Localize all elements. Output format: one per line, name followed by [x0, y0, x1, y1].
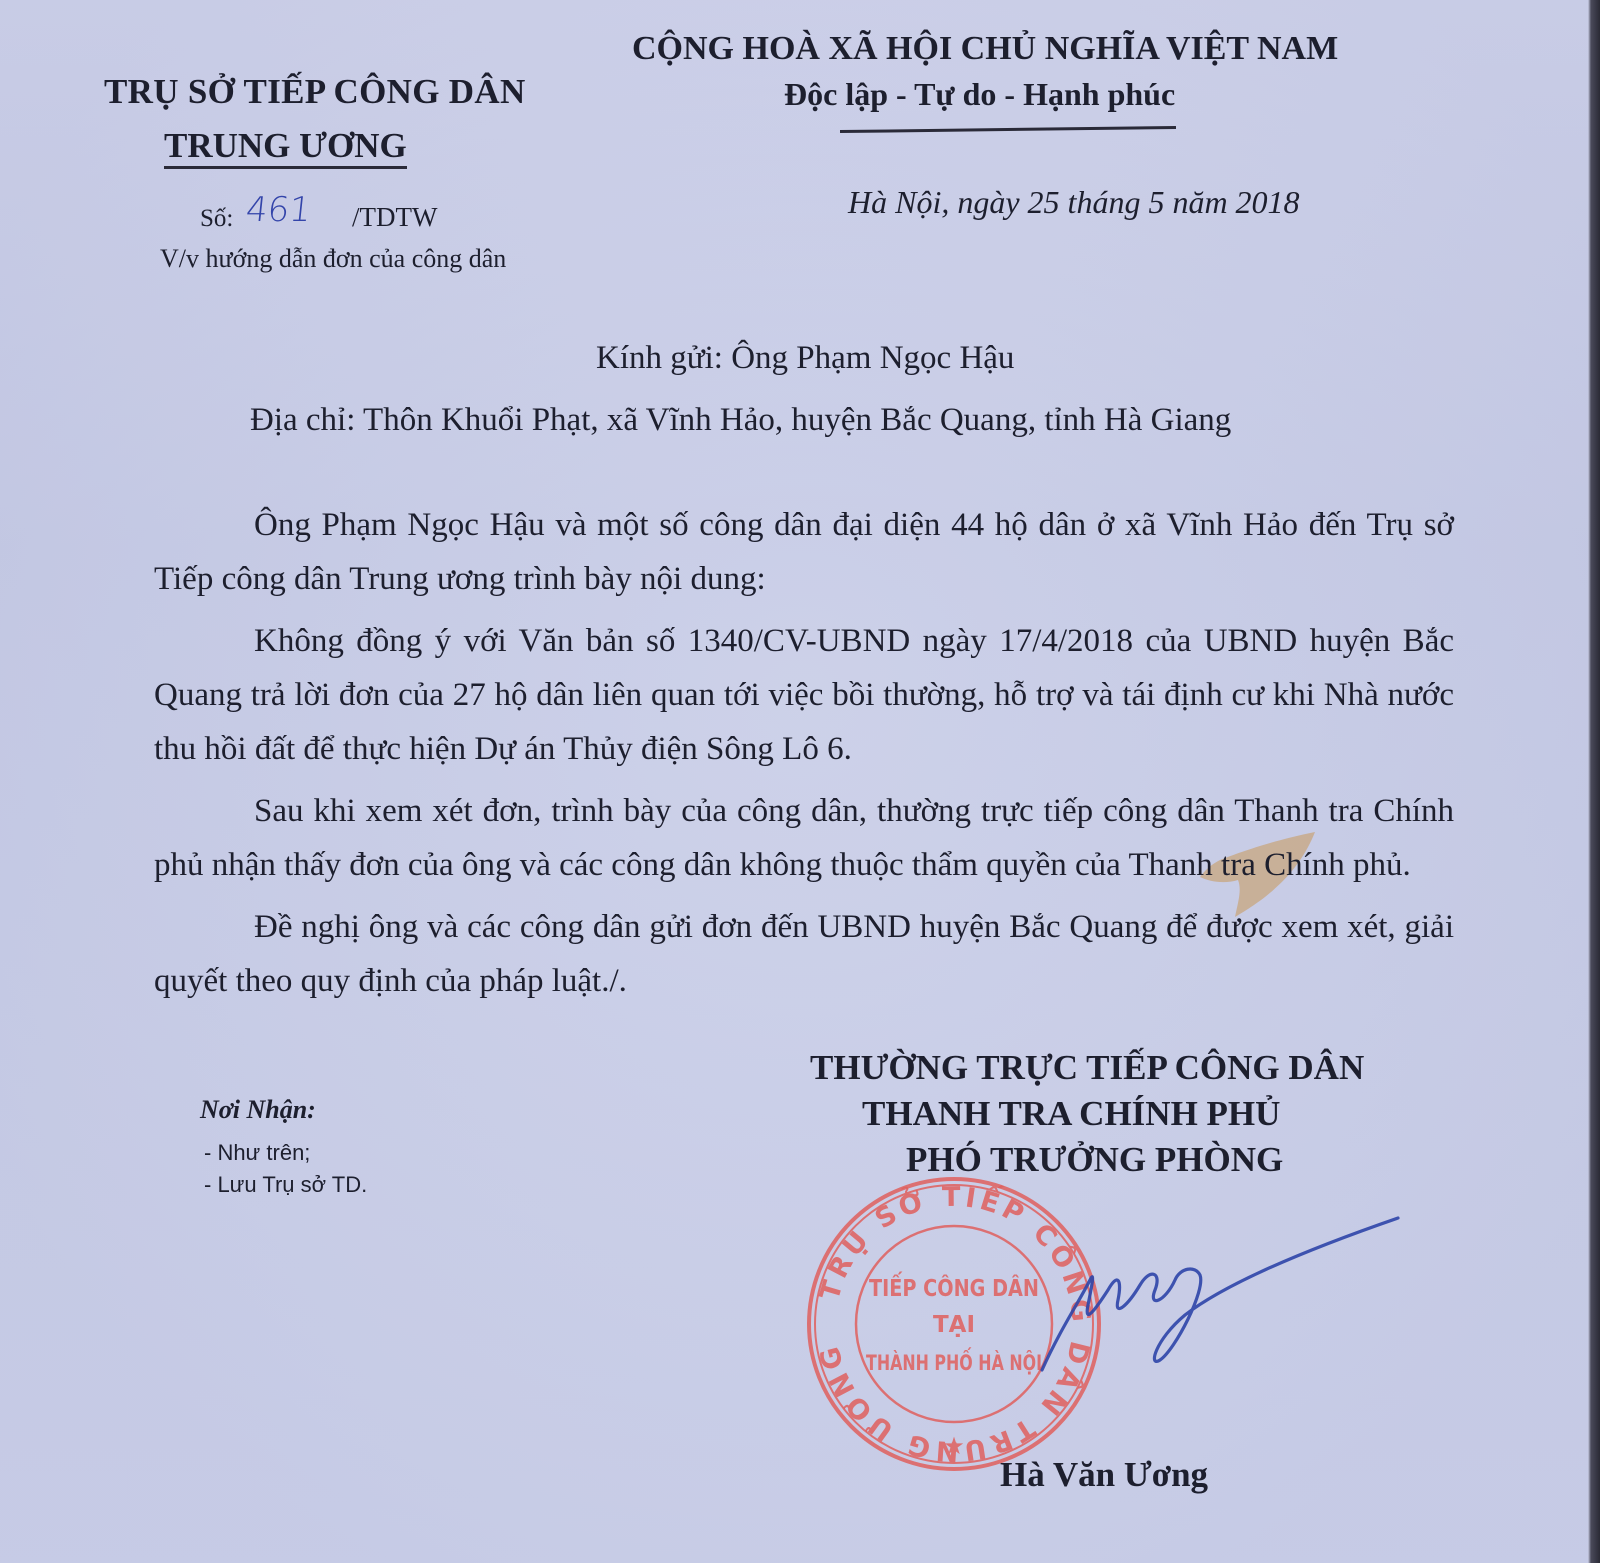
- national-motto: Độc lập - Tự do - Hạnh phúc: [784, 76, 1175, 113]
- paper-edge: [1588, 0, 1600, 1563]
- issuing-org-name: TRỤ SỞ TIẾP CÔNG DÂN: [104, 72, 526, 112]
- body-paragraph: Sau khi xem xét đơn, trình bày của công …: [154, 784, 1454, 892]
- recipients-list-item: - Như trên;: [204, 1140, 310, 1166]
- recipient-address: Địa chỉ: Thôn Khuổi Phạt, xã Vĩnh Hảo, h…: [250, 402, 1231, 439]
- document-number-suffix: /TDTW: [352, 202, 437, 233]
- body-paragraph: Đề nghị ông và các công dân gửi đơn đến …: [154, 900, 1454, 1008]
- star-icon: ★: [943, 1432, 965, 1460]
- issuing-org-name-line2: TRUNG ƯƠNG: [164, 128, 407, 169]
- body-paragraph: Ông Phạm Ngọc Hậu và một số công dân đại…: [154, 498, 1454, 606]
- body-paragraph: Không đồng ý với Văn bản số 1340/CV-UBND…: [154, 614, 1454, 776]
- letter-body: Ông Phạm Ngọc Hậu và một số công dân đại…: [154, 498, 1454, 1008]
- national-title: CỘNG HOÀ XÃ HỘI CHỦ NGHĨA VIỆT NAM: [632, 30, 1338, 68]
- signature-title-line1: THƯỜNG TRỰC TIẾP CÔNG DÂN: [810, 1048, 1364, 1088]
- stamp-inner-line2: TẠI: [933, 1312, 975, 1338]
- recipients-list-item: - Lưu Trụ sở TD.: [204, 1172, 367, 1198]
- motto-underline: [840, 126, 1176, 133]
- signature-title-line2: THANH TRA CHÍNH PHỦ: [862, 1094, 1280, 1134]
- recipients-list-title: Nơi Nhận:: [200, 1095, 316, 1125]
- document-subject: V/v hướng dẫn đơn của công dân: [160, 244, 506, 274]
- document-number-handwritten: 461: [244, 190, 313, 230]
- handwritten-signature: [1000, 1210, 1410, 1380]
- salutation: Kính gửi: Ông Phạm Ngọc Hậu: [596, 340, 1014, 377]
- dateline: Hà Nội, ngày 25 tháng 5 năm 2018: [848, 184, 1300, 221]
- document-number-label: Số:: [200, 205, 233, 233]
- signer-name: Hà Văn Ương: [1000, 1455, 1208, 1495]
